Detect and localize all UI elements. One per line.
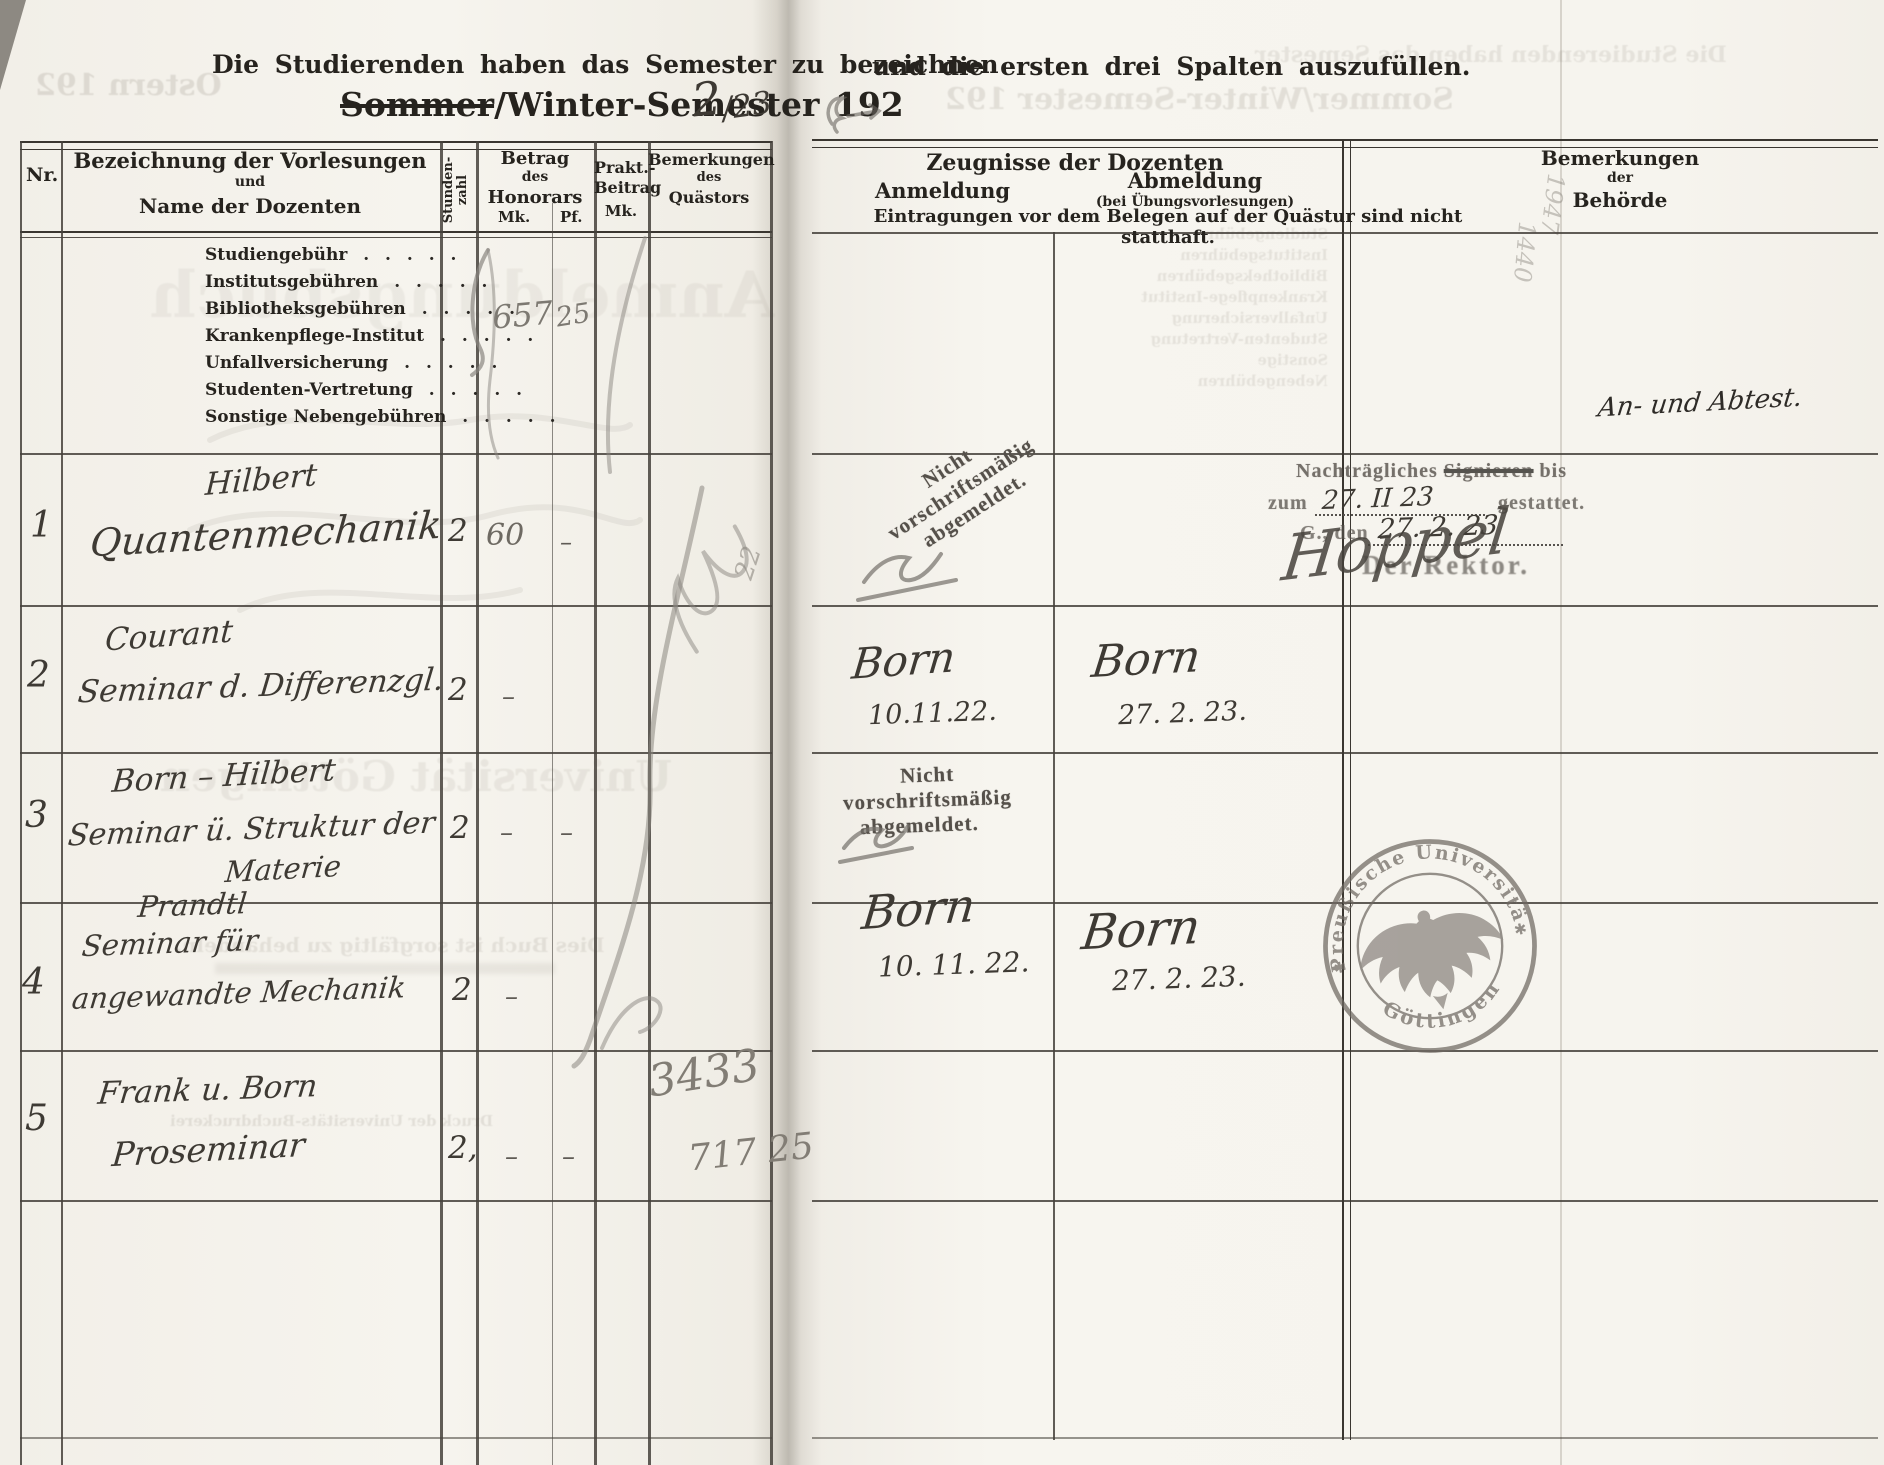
abmeldung-signature: Born: [1079, 899, 1204, 962]
row-fee-pf: –: [562, 1142, 575, 1172]
col-header-prakt-3: Mk.: [594, 202, 648, 220]
anmeldung-date: 10. 11. 22.: [877, 945, 1029, 983]
abmeldung-date: 27. 2. 23.: [1117, 696, 1247, 731]
semester-year-handwritten: 2: [689, 71, 724, 128]
row-nr: 5: [25, 1098, 48, 1139]
behoerde-divider: [1342, 141, 1351, 1440]
col-header-fee-pf: Pf.: [560, 208, 582, 226]
abmeldung-date: 27. 2. 23.: [1111, 960, 1246, 998]
row-rule: [20, 1437, 772, 1439]
col-header-quaestor-2: des: [648, 170, 770, 185]
col-header-behoerde-3: Behörde: [1440, 188, 1800, 212]
rektor-stamp-line1: Nachträgliches Signieren bis: [1296, 460, 1567, 483]
col-header-behoerde-1: Bemerkungen: [1440, 146, 1800, 170]
pencil-scribble-1: [852, 540, 982, 620]
anmeldung-signature: Born: [859, 878, 978, 940]
row-course: Seminar für: [80, 923, 260, 963]
col-header-behoerde-2: der: [1440, 170, 1800, 186]
col-header-course-3: Name der Dozenten: [62, 194, 438, 218]
row-hours: 2,: [448, 1130, 478, 1166]
row-nr: 4: [22, 962, 45, 1003]
rektor-stamp-line2-zum: zum: [1268, 492, 1308, 515]
fee-item: Studiengebühr: [205, 245, 456, 265]
row-course-2: Materie: [224, 849, 343, 889]
row-fee-mk: –: [505, 1142, 518, 1172]
quaestur-notice: Eintragungen vor dem Belegen auf der Quä…: [868, 206, 1468, 248]
col-header-course-2: und: [62, 174, 438, 190]
col-header-anmeldung: Anmeldung: [875, 178, 1010, 203]
col-header-fee-mk: Mk.: [498, 208, 530, 226]
row-nr: 1: [30, 505, 53, 546]
signieren-struck: Signieren: [1444, 460, 1534, 482]
col-header-fee-3: Honorars: [476, 187, 594, 208]
row-nr: 2: [27, 655, 50, 696]
ghost-ostern: Ostern 192: [35, 68, 222, 103]
pencil-mark-epsilon: [812, 90, 892, 140]
col-header-prakt-2: Beitrag: [594, 178, 648, 197]
ghost-top-right-2: Sommer/Winter-Semester 192: [945, 82, 1454, 117]
abmeldung-signature: Born: [1089, 631, 1203, 688]
col-header-fee-1: Betrag: [476, 148, 594, 169]
pencil-scribble-2: [836, 818, 936, 874]
ghost-pencil-number-2: 1440: [1508, 220, 1541, 283]
col-line: [20, 141, 22, 1465]
row-lecturer: Prandtl: [136, 886, 248, 924]
anmeldung-date: 10.11.22.: [867, 696, 997, 731]
col-header-fee-2: des: [476, 169, 594, 185]
row-rule: [20, 1200, 772, 1202]
col-header-hours: Stunden- zahl: [442, 140, 474, 240]
col-header-nr: Nr.: [26, 164, 58, 186]
row-nr: 3: [25, 795, 48, 836]
ghost-fees-list: Studiengebühr Institutsgebühren Biblioth…: [1128, 224, 1328, 392]
semester-year2-handwritten: /23: [720, 85, 774, 128]
quaestor-signature-strokes: [440, 230, 800, 1080]
corner-shadow: [0, 0, 26, 90]
col-header-quaestor-1: Bemerkungen: [648, 150, 770, 169]
col-header-prakt-1: Prakt.-: [594, 158, 648, 177]
col-line: [61, 141, 63, 1465]
anmeldung-signature: Born: [850, 632, 958, 689]
anmeldungsbuch-spread: Ostern 192 Anmeldungsbuch Universität Gö…: [0, 0, 1884, 1465]
col-header-abmeldung: Abmeldung: [1080, 168, 1310, 193]
instruction-right: und die ersten drei Spalten auszufüllen.: [872, 52, 1470, 81]
university-seal-stamp: Preußische Universität Göttingen ✱ ✱: [1295, 811, 1565, 1081]
ghost-druck: Druck der Universitäts-Buchdruckerei: [170, 1112, 493, 1130]
col-header-quaestor-3: Quästors: [648, 188, 770, 207]
semester-sommer-struck: Sommer: [340, 85, 494, 124]
seal-star-right: ✱: [1512, 919, 1528, 939]
col-header-course-1: Bezeichnung der Vorlesungen: [62, 148, 438, 173]
